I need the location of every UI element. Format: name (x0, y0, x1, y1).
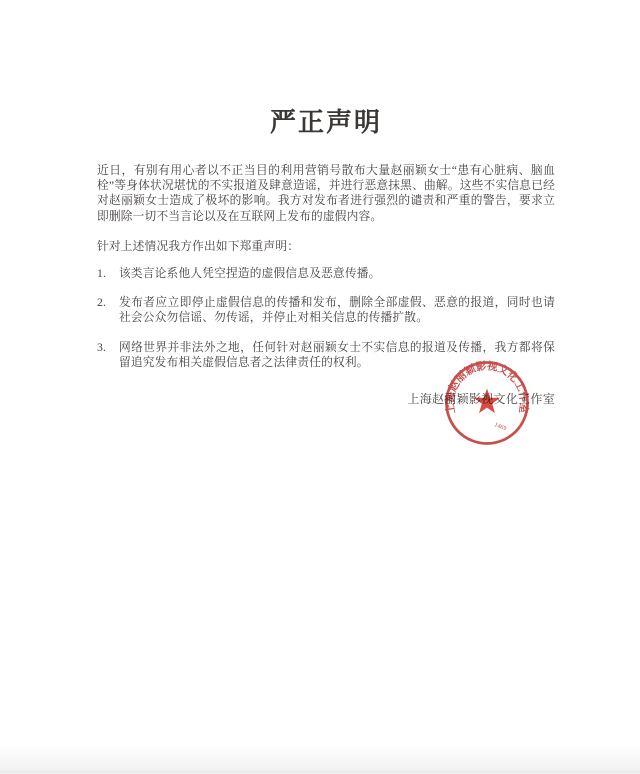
list-item: 2. 发布者应立即停止虚假信息的传播和发布，删除全部虚假、恶意的报道，同时也请社… (97, 295, 555, 325)
list-item: 1. 该类言论系他人凭空捏造的虚假信息及恶意传播。 (97, 266, 555, 281)
document-title: 严正声明 (97, 102, 555, 139)
seal-code-text: 1469 (493, 422, 507, 432)
list-item-number: 3. (97, 340, 119, 370)
list-item-text: 该类言论系他人凭空捏造的虚假信息及恶意传播。 (119, 266, 555, 281)
studio-seal-stamp: 上海赵丽颖影视文化工作室 1469 (443, 359, 531, 447)
list-item-number: 2. (97, 295, 119, 325)
lead-line: 针对上述情况我方作出如下郑重声明： (97, 239, 555, 254)
list-item-text: 发布者应立即停止虚假信息的传播和发布，删除全部虚假、恶意的报道，同时也请社会公众… (119, 295, 555, 325)
page-bottom-edge (0, 744, 640, 774)
list-item-number: 1. (97, 266, 119, 281)
statement-document: 严正声明 近日，有别有用心者以不正当目的利用营销号散布大量赵丽颖女士“患有心脏病… (0, 0, 640, 774)
intro-paragraph: 近日，有别有用心者以不正当目的利用营销号散布大量赵丽颖女士“患有心脏病、脑血栓”… (97, 163, 555, 224)
seal-star-icon (474, 388, 500, 413)
